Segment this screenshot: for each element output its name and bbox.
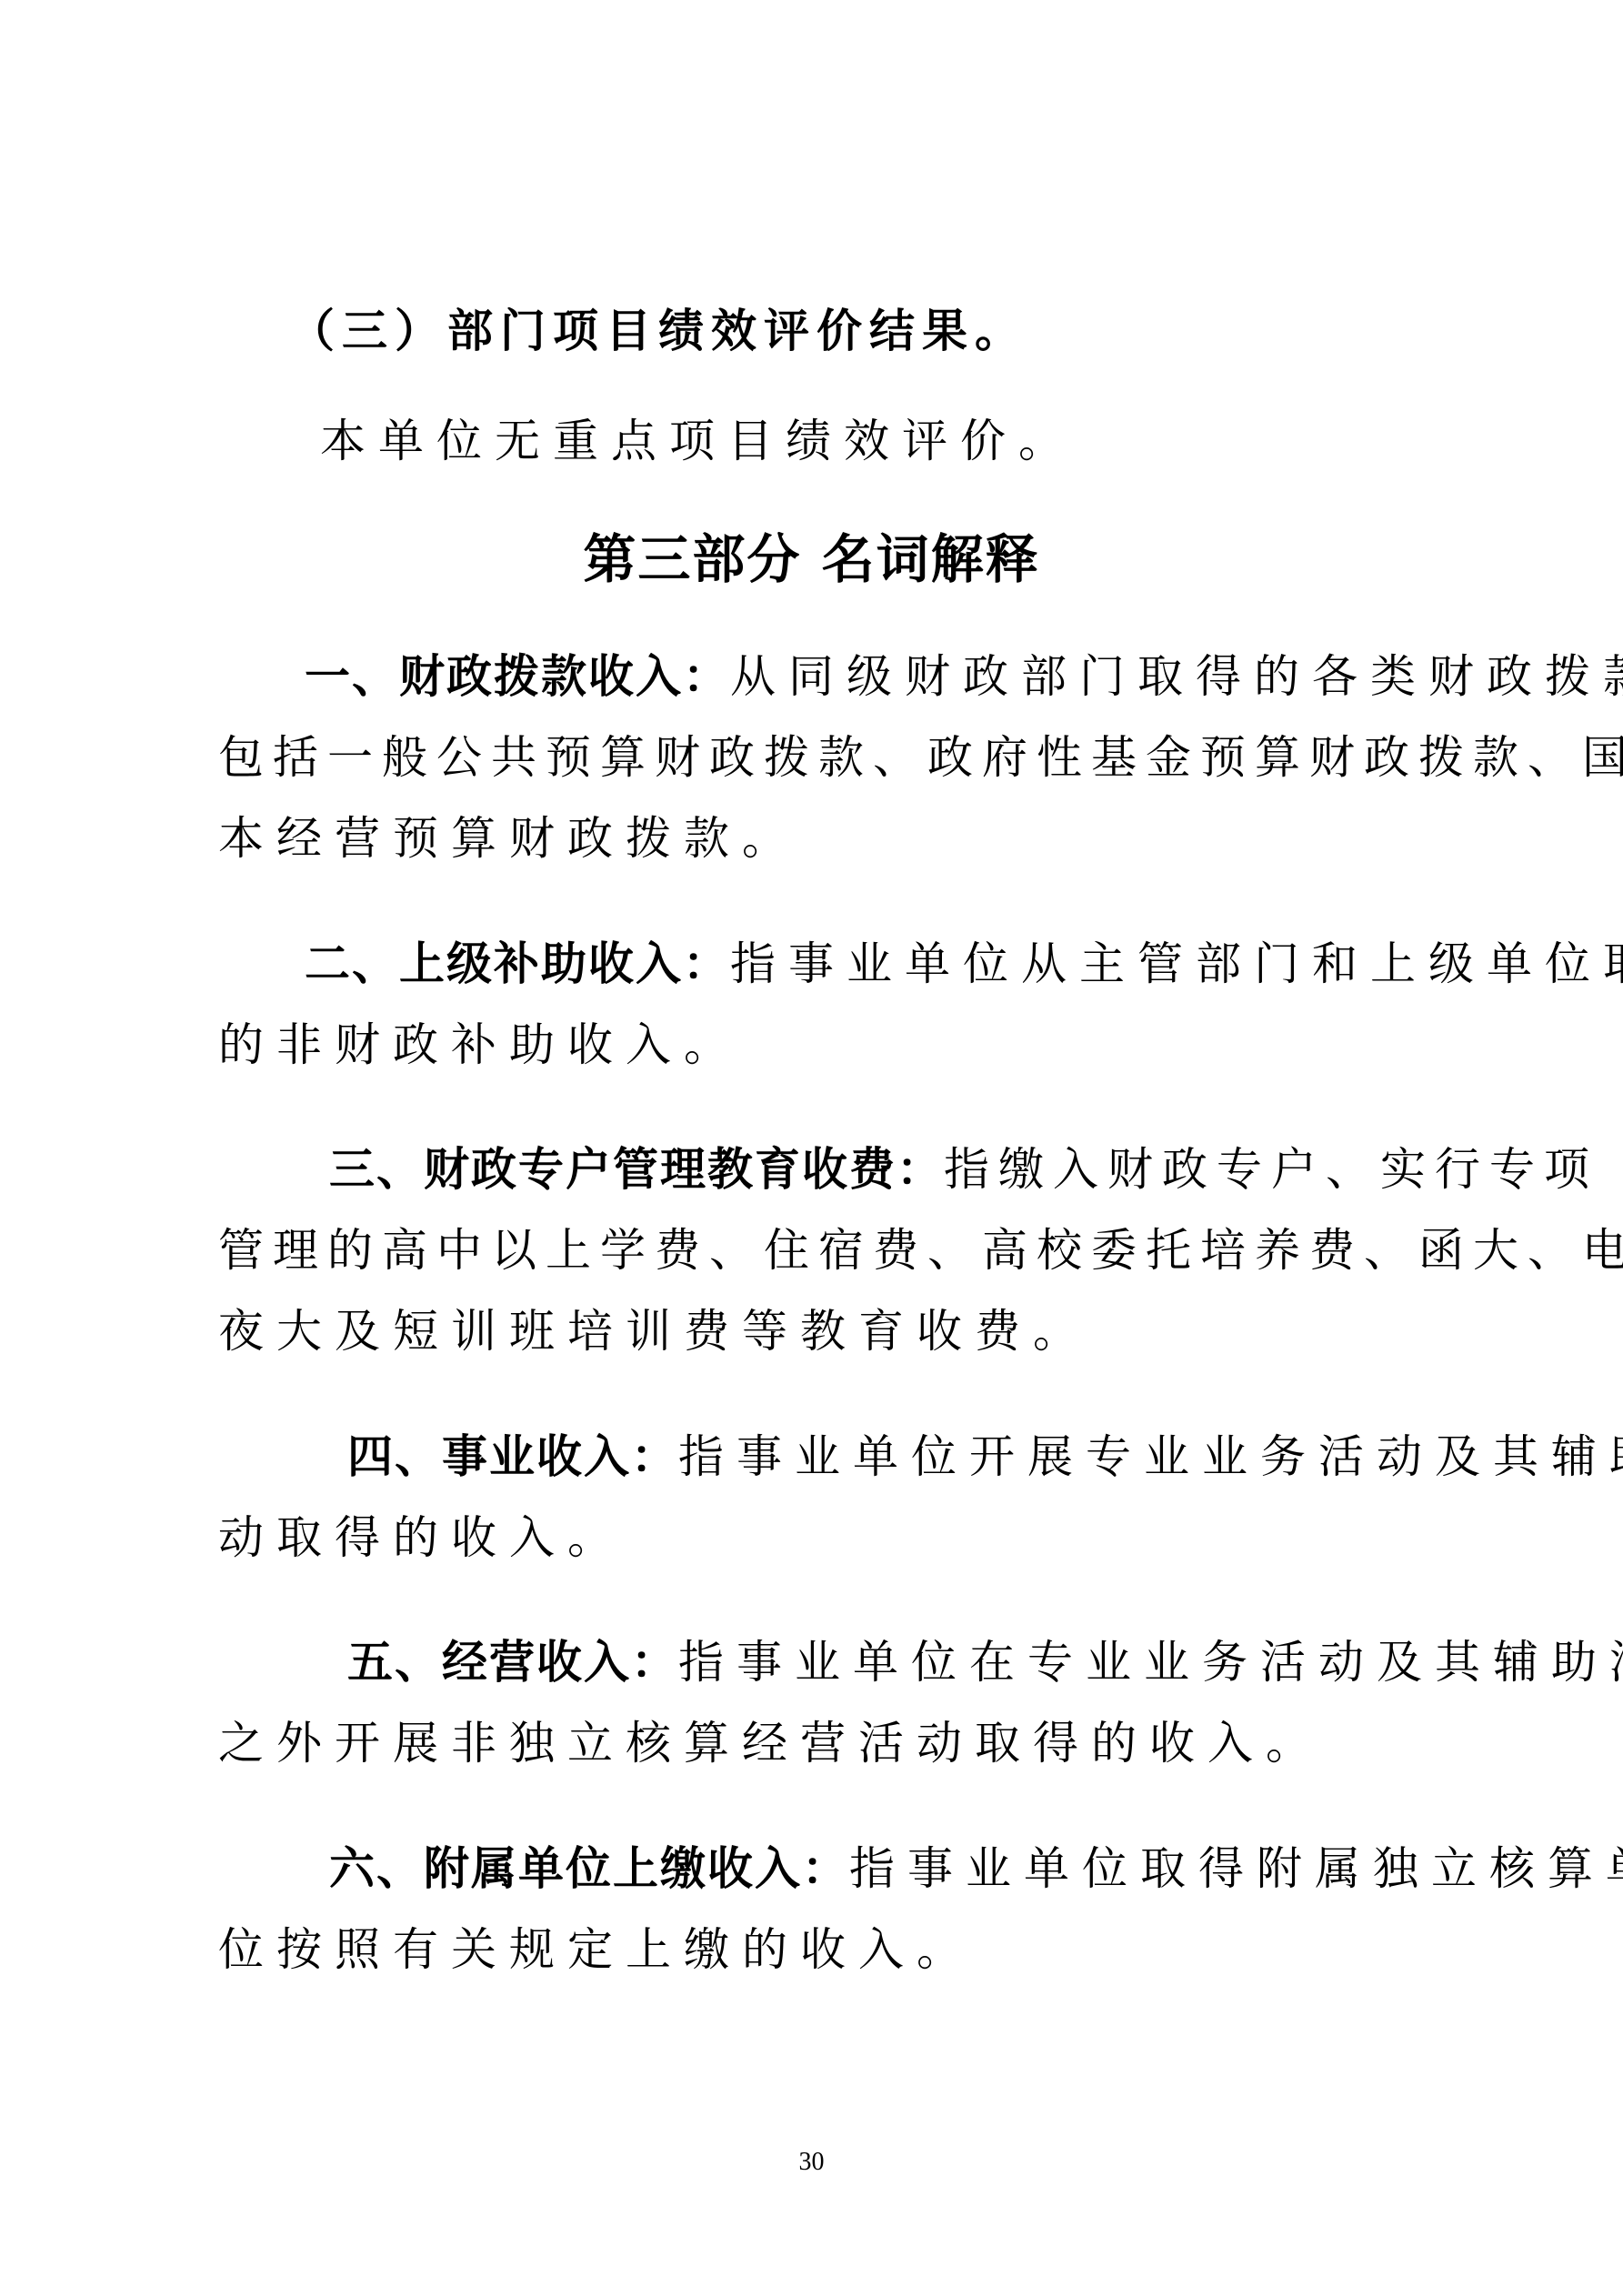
definition-term: 一、财政拨款收入： <box>305 650 730 703</box>
definition-term: 四、事业收入： <box>347 1430 678 1483</box>
definition-3-line-3: 夜大及短训班培训费等教育收费。 <box>218 1304 1091 1359</box>
part-title: 第三部分 名词解释 <box>0 527 1623 591</box>
definition-6-first-line: 六、附属单位上缴收入：指事业单位取得附属独立核算单 <box>329 1841 1623 1896</box>
section-body: 本单位无重点项目绩效评价。 <box>320 414 1077 468</box>
definition-term: 五、经营收入： <box>347 1636 678 1689</box>
definition-text: 指事业单位在专业业务活动及其辅助活动 <box>678 1636 1623 1689</box>
definition-text: 指缴入财政专户、实行专项 <box>944 1143 1598 1196</box>
page-number: 30 <box>0 2148 1623 2177</box>
definition-2-first-line: 二、上级补助收入：指事业单位从主管部门和上级单位取得 <box>305 937 1623 991</box>
definition-4-first-line: 四、事业收入：指事业单位开展专业业务活动及其辅助活 <box>347 1429 1623 1484</box>
definition-term: 三、财政专户管理教育收费： <box>329 1143 944 1196</box>
definition-4-line-2: 动取得的收入。 <box>218 1510 626 1565</box>
definition-text: 指事业单位开展专业业务活动及其辅助活 <box>678 1430 1623 1483</box>
definition-1-line-3: 本经营预算财政拨款。 <box>218 811 800 866</box>
definition-1-line-2: 包括一般公共预算财政拨款、政府性基金预算财政拨款、国有资 <box>218 730 1623 785</box>
section-heading: （三）部门项目绩效评价结果。 <box>289 304 1027 358</box>
definition-3-first-line: 三、财政专户管理教育收费：指缴入财政专户、实行专项 <box>329 1142 1598 1197</box>
definition-text: 指事业单位从主管部门和上级单位取得 <box>730 937 1623 990</box>
definition-5-first-line: 五、经营收入：指事业单位在专业业务活动及其辅助活动 <box>347 1635 1623 1689</box>
definition-1-first-line: 一、财政拨款收入：从同级财政部门取得的各类财政拨款， <box>305 649 1623 704</box>
definition-term: 二、上级补助收入： <box>305 937 730 990</box>
document-page: （三）部门项目绩效评价结果。 本单位无重点项目绩效评价。 第三部分 名词解释 一… <box>0 0 1623 2296</box>
definition-term: 六、附属单位上缴收入： <box>329 1842 849 1895</box>
definition-text: 从同级财政部门取得的各类财政拨款， <box>730 650 1623 703</box>
definition-3-line-2: 管理的高中以上学费、住宿费、高校委托培养费、函大、电大、 <box>218 1223 1623 1278</box>
definition-text: 指事业单位取得附属独立核算单 <box>849 1842 1623 1895</box>
definition-2-line-2: 的非财政补助收入。 <box>218 1018 742 1072</box>
definition-6-line-2: 位按照有关规定上缴的收入。 <box>218 1922 975 1977</box>
definition-5-line-2: 之外开展非独立核算经营活动取得的收入。 <box>218 1716 1324 1770</box>
